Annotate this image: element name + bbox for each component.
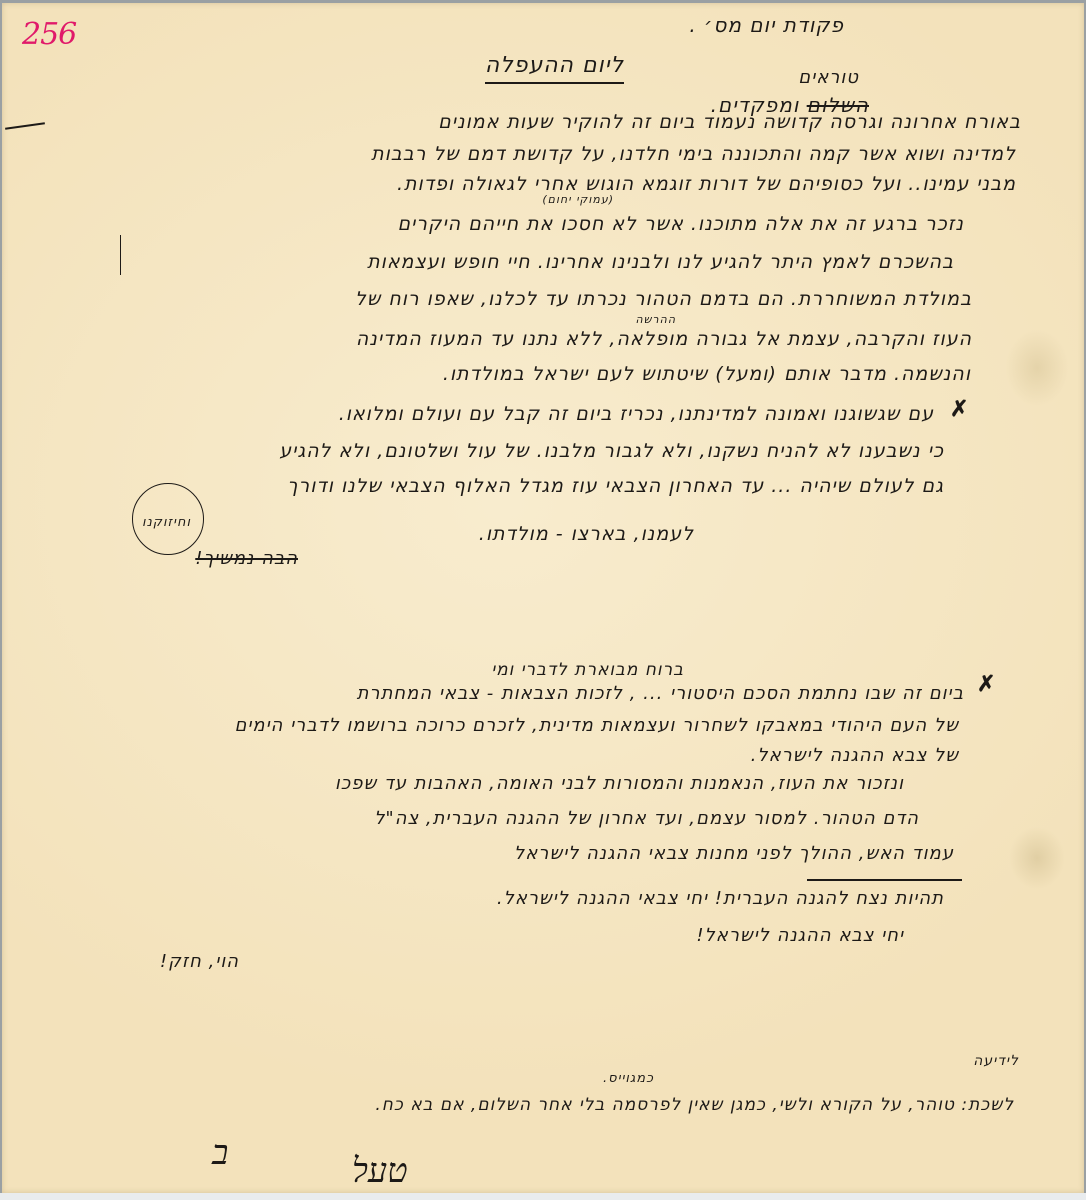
struck-closing: הבה נמשיך! [195, 548, 298, 569]
underline-stroke [807, 879, 962, 881]
signature-main: טעל [352, 1151, 408, 1191]
section2-line8: יחי צבא ההגנה לישראל! [696, 925, 904, 946]
manuscript-page: 256 פקודת יום מס׳ . ליום ההעפלה טוראים ה… [2, 3, 1084, 1193]
paragraph3-line4: לעמנו, בארצו - מולדתו. [479, 523, 694, 545]
paragraph2-line4: העוז והקרבה, עצמת אל גבורה מופלאה, ללא נ… [356, 328, 972, 350]
section2-line4: ונזכור את העוז, הנאמנות והמסורות לבני הא… [335, 773, 904, 794]
section2-line5: הדם הטהור. למסור עצמם, ועד אחרון של ההגנ… [374, 808, 919, 829]
section2-heading: ברוח מבוארת לדברי ומי [491, 660, 684, 680]
order-label: פקודת יום מס׳ . [689, 13, 844, 37]
paragraph2-line3: במולדת המשוחררת. הם בדמם הטהור נכרתו עד … [355, 288, 972, 310]
section2-line3: של צבא ההגנה לישראל. [751, 745, 959, 766]
paragraph1-line2: למדינה ושוא אשר קמה והתכוננה בימי חלדנו,… [371, 143, 1016, 165]
section2-line2: של העם היהודי במאבקו לשחרור ועצמאות מדינ… [234, 715, 959, 736]
addressee-line1: טוראים [798, 67, 859, 88]
paragraph3-line3: גם לעולם שיהיה ... עד האחרון הצבאי עוז מ… [287, 475, 944, 497]
paragraph1-insert: (עמוקי יחום) [542, 193, 614, 206]
archive-page-number: 256 [22, 17, 76, 52]
section2-line6: עמוד האש, ההולך לפני מחנות צבאי ההגנה לי… [514, 843, 954, 864]
margin-mark-2: ✗ [977, 671, 995, 697]
signature-initial: ב [212, 1133, 228, 1173]
paragraph3-line2: כי נשבענו לא להניח נשקנו, ולא לגבור מלבנ… [279, 440, 944, 462]
section2-line9: הוי, חזק! [160, 951, 239, 972]
margin-stroke [5, 122, 45, 130]
section2-line7: תהיות נצח להגנה העברית! יחי צבאי ההגנה ל… [497, 888, 944, 909]
scan-border [0, 1193, 1086, 1200]
paragraph2-line5: והנשמה. מדבר אותם (ומעל) שיטתוש לעם ישרא… [443, 363, 971, 385]
document-title: ליום ההעפלה [485, 53, 624, 84]
paragraph2-margin-note: ההרשה [635, 313, 676, 326]
paragraph1-line1: באורח אחרונה וגרסה קדושה נעמוד ביום זה ל… [438, 111, 1021, 133]
margin-mark-1: ✗ [950, 396, 968, 422]
paragraph2-line2: בהשכרם לאמץ היתר להגיע לנו ולבנינו אחרינ… [367, 251, 954, 273]
footnote-insert2: כמגוייס. [603, 1071, 654, 1086]
section2-line1: ביום זה שבו נחתמת הסכם היסטורי ... , לזכ… [357, 683, 964, 704]
paragraph2-line1: נזכר ברגע זה את אלה מתוכנו. אשר לא חסכו … [397, 213, 964, 235]
paragraph3-line1: עם שגשוגנו ואמונה למדינתנו, נכריז ביום ז… [339, 403, 934, 425]
footnote-insert: לידיעה [973, 1053, 1019, 1069]
paragraph1-line3: מבני עמינו.. ועל כסופיהם של דורות זוגמא … [397, 173, 1016, 195]
footnote-text: לשכת: טוהר, על הקורא ולשי, כמגן שאין לפר… [375, 1095, 1014, 1115]
insert-arrow [120, 235, 121, 275]
circled-annotation-text: וחיזוקנו [142, 515, 191, 530]
